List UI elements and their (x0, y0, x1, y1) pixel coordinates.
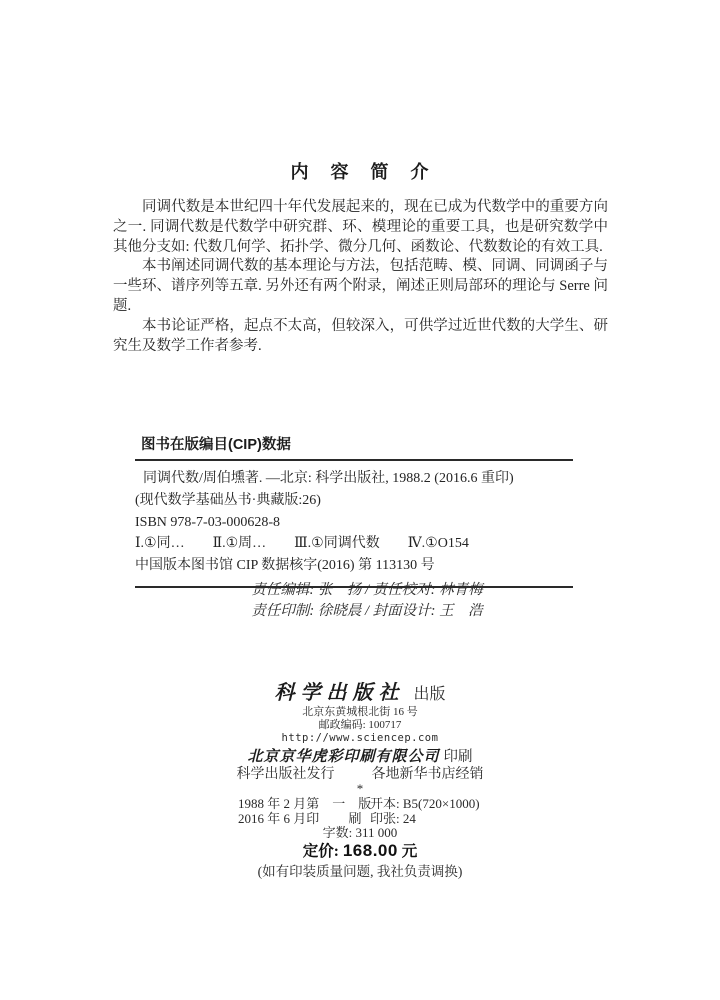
summary-paragraph-3: 本书论证严格，起点不太高，但较深入，可供学过近世代数的大学生、研究生及数学工作者… (113, 317, 608, 357)
summary-paragraph-2: 本书阐述同调代数的基本理论与方法，包括范畴、模、同调、同调函子与一些环、谱序列等… (113, 257, 608, 316)
price-line: 定价: 168.00 元 (0, 842, 720, 860)
staff-credits: 责任编辑: 张 扬 / 责任校对: 林青梅 责任印制: 徐晓晨 / 封面设计: … (0, 580, 720, 621)
print-date: 2016 年 6 月印 刷 (238, 811, 370, 826)
separator-star: * (0, 783, 720, 794)
content-summary-title: 内 容 简 介 (113, 158, 608, 184)
publisher-postcode: 邮政编码: 100717 (0, 719, 720, 732)
book-format: 开本: B5(720×1000) (370, 796, 480, 811)
edition-row-2: 2016 年 6 月印 刷 印张: 24 (238, 811, 482, 826)
price-unit: 元 (398, 843, 417, 860)
edition-info: 1988 年 2 月第 一 版 开本: B5(720×1000) 2016 年 … (238, 796, 482, 826)
printer-name: 北京京华虎彩印刷有限公司 (247, 749, 439, 765)
edition-row-1: 1988 年 2 月第 一 版 开本: B5(720×1000) (238, 796, 482, 811)
cip-isbn: ISBN 978-7-03-000628-8 (135, 512, 573, 534)
publisher-name: 科学出版社 (274, 682, 404, 704)
price-label: 定价: (303, 843, 343, 860)
publish-label: 出版 (413, 686, 445, 703)
distributor: 科学出版社发行 (237, 766, 335, 783)
publisher-line: 科学出版社 出版 (0, 682, 720, 706)
cip-data-block: 图书在版编目(CIP)数据 同调代数/周伯壎著. —北京: 科学出版社, 198… (135, 436, 573, 588)
cip-series-statement: (现代数学基础丛书·典藏版:26) (135, 490, 573, 512)
printed-sheets: 印张: 24 (370, 811, 416, 826)
credits-print-design-line: 责任印制: 徐晓晨 / 封面设计: 王 浩 (14, 601, 720, 622)
quality-note: (如有印装质量问题, 我社负责调换) (0, 863, 720, 880)
summary-paragraph-1: 同调代数是本世纪四十年代发展起来的，现在已成为代数学中的重要方向之一. 同调代数… (113, 198, 608, 257)
word-count: 字数: 311 000 (0, 826, 720, 840)
cip-title-statement: 同调代数/周伯壎著. —北京: 科学出版社, 1988.2 (2016.6 重印… (135, 468, 573, 490)
printer-label: 印刷 (444, 749, 473, 765)
colophon: 科学出版社 出版 北京东黄城根北街 16 号 邮政编码: 100717 http… (0, 682, 720, 880)
cip-record-number: 中国版本图书馆 CIP 数据核字(2016) 第 113130 号 (135, 555, 573, 577)
first-edition-date: 1988 年 2 月第 一 版 (238, 796, 370, 811)
cip-heading: 图书在版编目(CIP)数据 (135, 436, 573, 454)
credits-editors-line: 责任编辑: 张 扬 / 责任校对: 林青梅 (14, 580, 720, 601)
retailer: 各地新华书店经销 (372, 766, 484, 783)
price-value: 168.00 (343, 841, 398, 860)
publisher-url: http://www.sciencep.com (0, 732, 720, 745)
publisher-address: 北京东黄城根北街 16 号 (0, 706, 720, 719)
cip-classification: Ⅰ.①同… Ⅱ.①周… Ⅲ.①同调代数 Ⅳ.①O154 (135, 533, 573, 555)
content-summary-section: 内 容 简 介 同调代数是本世纪四十年代发展起来的，现在已成为代数学中的重要方向… (113, 158, 608, 356)
cip-body: 同调代数/周伯壎著. —北京: 科学出版社, 1988.2 (2016.6 重印… (135, 461, 573, 586)
printer-line: 北京京华虎彩印刷有限公司 印刷 (0, 748, 720, 766)
book-copyright-page: 内 容 简 介 同调代数是本世纪四十年代发展起来的，现在已成为代数学中的重要方向… (0, 0, 720, 1000)
